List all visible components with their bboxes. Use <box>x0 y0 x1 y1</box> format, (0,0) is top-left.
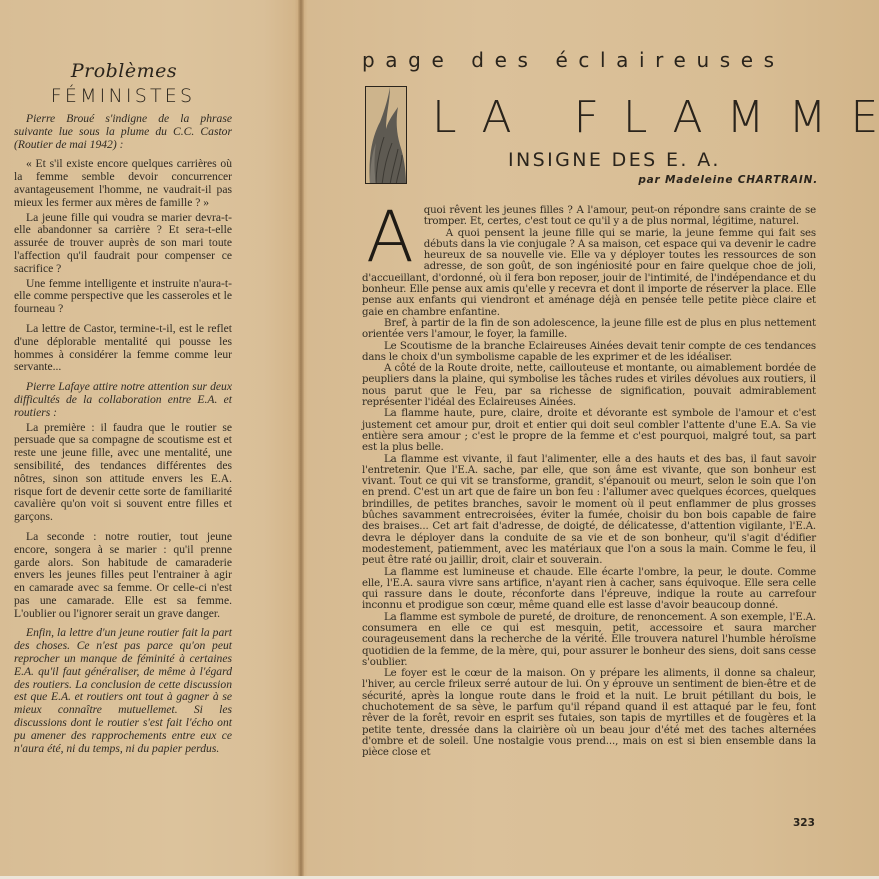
left-page-kicker: Problèmes <box>44 60 204 82</box>
paragraph: Bref, à partir de la fin de son adolesce… <box>362 318 816 341</box>
paragraph: La flamme haute, pure, claire, droite et… <box>362 408 816 453</box>
drop-cap: A <box>366 208 414 266</box>
paragraph: A côté de la Route droite, nette, caillo… <box>362 363 816 408</box>
page-gutter <box>298 0 304 876</box>
paragraph: Le foyer est le cœur de la maison. On y … <box>362 668 816 758</box>
article-subtitle: INSIGNE DES E. A. <box>508 149 721 171</box>
article-title: LA FLAMME <box>432 96 879 140</box>
section-header: page des éclaireuses <box>362 48 816 72</box>
paragraph: Une femme intelligente et instruite n'au… <box>14 278 232 316</box>
paragraph: Pierre Lafaye attire notre attention sur… <box>14 381 232 419</box>
paragraph: La lettre de Castor, termine-t-il, est l… <box>14 323 232 374</box>
left-page-title: FÉMINISTES <box>14 85 232 107</box>
right-page-article: page des éclaireuses LA FLAMME INSIGNE D… <box>362 48 816 759</box>
flame-emblem-icon <box>365 86 407 184</box>
paragraph: Enfin, la lettre d'un jeune routier fait… <box>14 627 232 755</box>
paragraph: quoi rêvent les jeunes filles ? A l'amou… <box>362 205 816 228</box>
paragraph: La flamme est vivante, il faut l'aliment… <box>362 454 816 567</box>
left-page-column: Problèmes FÉMINISTES Pierre Broué s'indi… <box>14 60 232 757</box>
paragraph: La première : il faudra que le routier s… <box>14 422 232 524</box>
paragraph: La flamme est symbole de pureté, de droi… <box>362 612 816 668</box>
paragraph: Pierre Broué s'indigne de la phrase suiv… <box>14 113 232 151</box>
article-byline: par Madeleine CHARTRAIN. <box>638 174 818 186</box>
article-body: A quoi rêvent les jeunes filles ? A l'am… <box>362 205 816 759</box>
paragraph: Le Scoutisme de la branche Eclaireuses A… <box>362 341 816 364</box>
paragraph: La jeune fille qui voudra se marier devr… <box>14 212 232 276</box>
left-page-body: Pierre Broué s'indigne de la phrase suiv… <box>14 113 232 755</box>
article-title-block: LA FLAMME INSIGNE DES E. A. par Madelein… <box>362 82 816 182</box>
paragraph: A quoi pensent la jeune fille qui se mar… <box>362 228 816 318</box>
paragraph: La seconde : notre routier, tout jeune e… <box>14 531 232 621</box>
paragraph: « Et s'il existe encore quelques carrièr… <box>14 158 232 209</box>
magazine-spread: Problèmes FÉMINISTES Pierre Broué s'indi… <box>0 0 879 876</box>
page-number: 323 <box>793 817 815 829</box>
paragraph: La flamme est lumineuse et chaude. Elle … <box>362 567 816 612</box>
